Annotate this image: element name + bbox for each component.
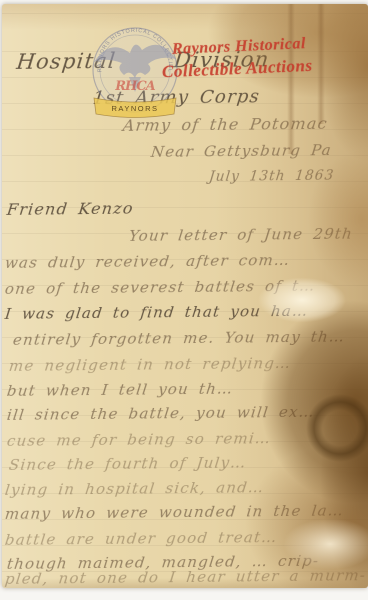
letter-line: many who were wounded in the la… bbox=[4, 501, 345, 523]
letter-salutation: Friend Kenzo bbox=[6, 199, 135, 219]
letter-line: one of the severest battles of t… bbox=[4, 277, 317, 298]
letter-line: ill since the battle, you will ex… bbox=[6, 403, 316, 424]
letter-heading-line2: 1st Army Corps bbox=[92, 86, 262, 109]
letter-line: me negligent in not replying… bbox=[8, 354, 292, 375]
paper-crease bbox=[308, 4, 334, 124]
heading-hospital: Hospital bbox=[15, 49, 117, 74]
letter-line: was duly received, after com… bbox=[4, 251, 291, 272]
letter-line: battle are under good treat… bbox=[4, 528, 279, 549]
letter-line: I was glad to find that you ha… bbox=[4, 302, 309, 323]
heading-gap bbox=[115, 67, 173, 68]
letter-line: pled, not one do I hear utter a murm- bbox=[4, 566, 367, 588]
letter-heading-line4: Near Gettysburg Pa bbox=[150, 141, 333, 161]
letter-line: but when I tell you th… bbox=[6, 380, 234, 400]
letter-line: entirely forgotten me. You may th… bbox=[12, 328, 346, 349]
scanned-letter-photo: HospitalDivision 1st Army Corps Army of … bbox=[0, 0, 368, 600]
heading-division: Division bbox=[173, 47, 271, 72]
letter-heading-line3: Army of the Potomac bbox=[122, 114, 329, 135]
letter-paper: HospitalDivision 1st Army Corps Army of … bbox=[2, 4, 368, 588]
letter-line: Your letter of June 29th bbox=[128, 225, 354, 245]
letter-line: cuse me for being so remi… bbox=[6, 429, 272, 450]
letter-line: Since the fourth of July… bbox=[8, 454, 248, 474]
letter-date: July 13th 1863 bbox=[208, 168, 335, 185]
letter-heading-line1: HospitalDivision bbox=[15, 47, 271, 74]
letter-line: lying in hospital sick, and… bbox=[4, 478, 265, 499]
